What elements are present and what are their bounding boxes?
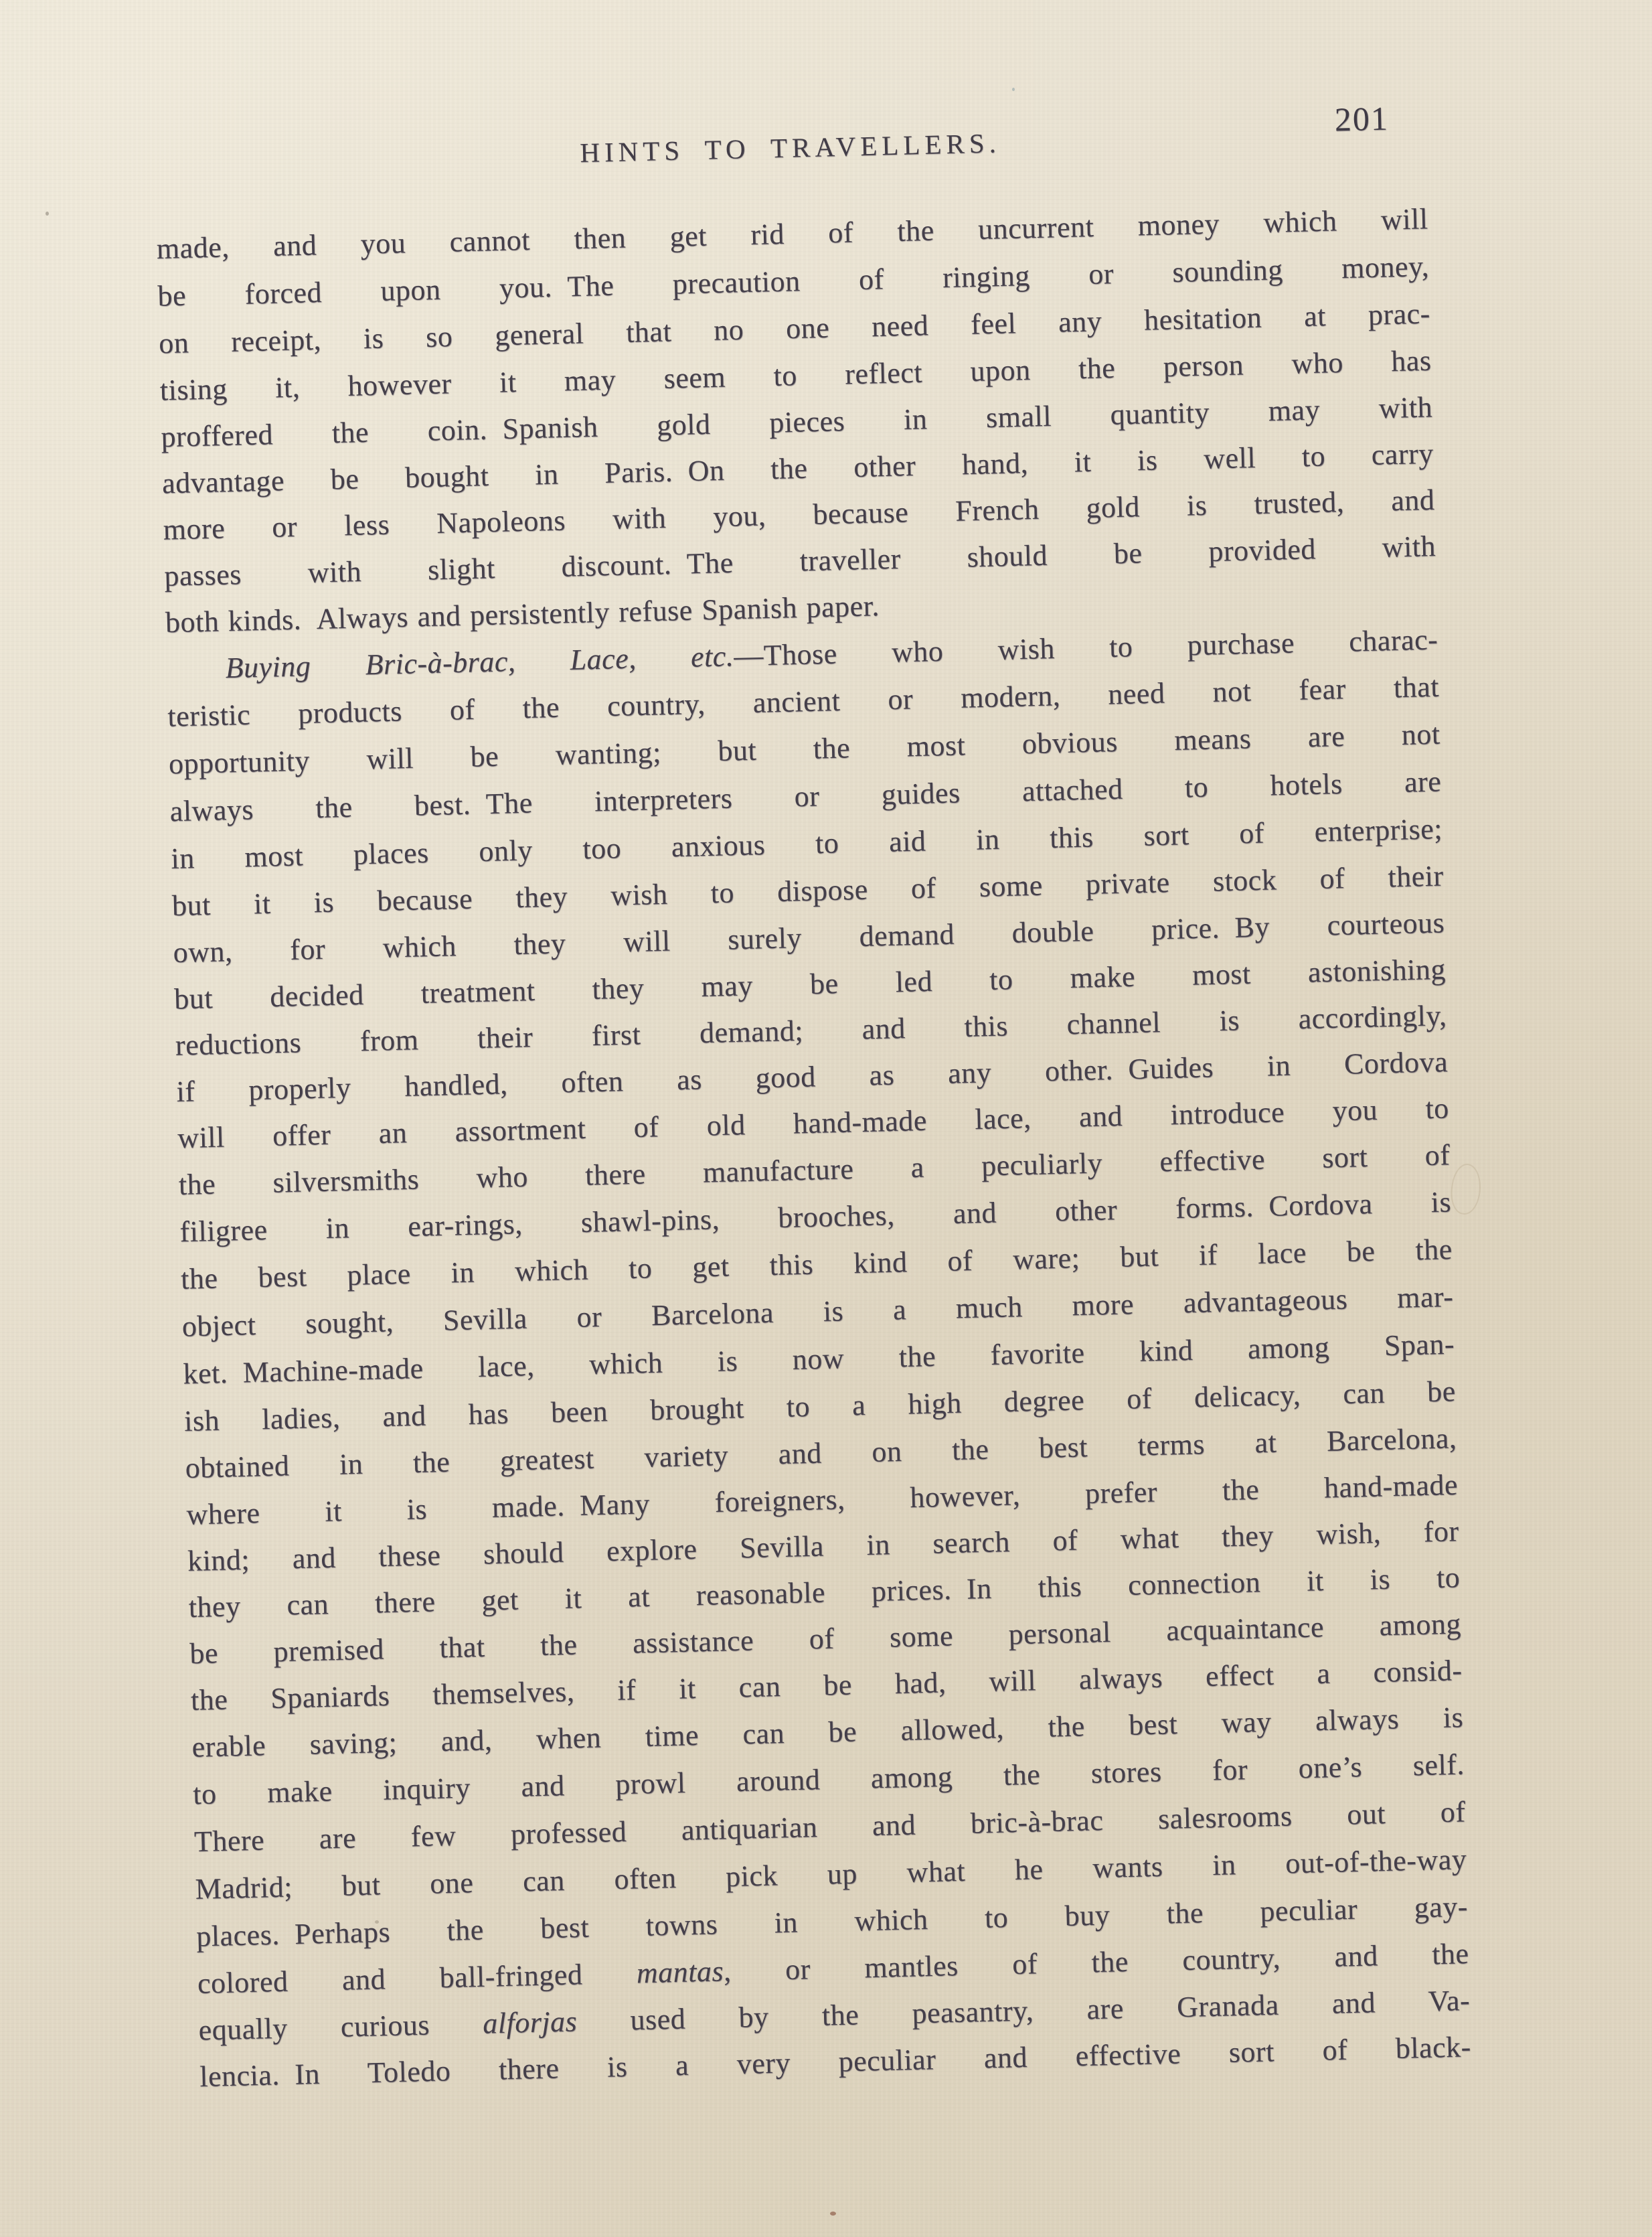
body-text: made, and you cannot then get rid of the… xyxy=(156,196,1471,2100)
running-header: HINTS TO TRAVELLERS. 201 xyxy=(154,107,1426,184)
paper-stain xyxy=(1448,1162,1484,1216)
italic-text-segment: Buying Bric-à-brac, Lace, etc. xyxy=(225,639,734,684)
paper-speck xyxy=(1012,88,1015,91)
text-segment: colored and ball-fringed xyxy=(197,1956,637,1999)
paper-speck xyxy=(830,2212,836,2216)
paper-speck xyxy=(46,212,49,216)
italic-text-segment: mantas xyxy=(636,1954,724,1989)
page-number: 201 xyxy=(1334,99,1389,139)
text-block: HINTS TO TRAVELLERS. 201 made, and you c… xyxy=(154,107,1472,2100)
text-segment: equally curious xyxy=(198,2007,483,2047)
italic-text-segment: alforjas xyxy=(483,2005,578,2039)
header-title: HINTS TO TRAVELLERS. xyxy=(580,127,1001,169)
text-segment: —Those who wish to purchase charac- xyxy=(734,623,1438,672)
scanned-book-page: HINTS TO TRAVELLERS. 201 made, and you c… xyxy=(0,0,1652,2237)
